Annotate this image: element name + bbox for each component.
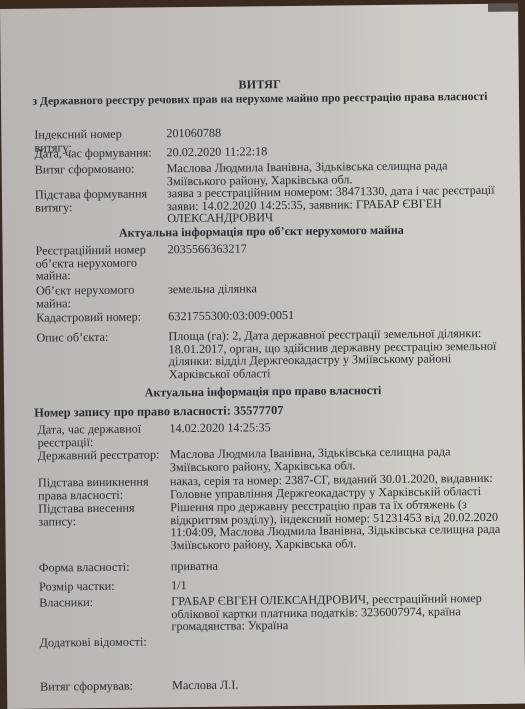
field-label: Підстава внесення запису: bbox=[38, 501, 163, 527]
field-label: Опис об’єкта: bbox=[36, 330, 161, 344]
field-label: Кадастровий номер: bbox=[36, 310, 161, 324]
field-label: Власники: bbox=[39, 595, 164, 609]
field-label: Дата, час формування: bbox=[34, 146, 159, 160]
footer-formed-by: Витяг сформував: Маслова Л.І. bbox=[40, 676, 510, 681]
field-label: Витяг сформував: bbox=[40, 679, 165, 693]
field-value: Маслова Л.І. bbox=[172, 676, 507, 692]
field-label: Державний реєстратор: bbox=[38, 448, 163, 462]
field-value: Рішення про державну реєстрацію прав та … bbox=[170, 498, 506, 552]
field-label: Об’єкт нерухомого майна: bbox=[36, 283, 161, 309]
field-share-size: Розмір частки: 1/1 bbox=[39, 576, 509, 581]
field-value: Маслова Людмила Іванівна, Зідьківська се… bbox=[170, 445, 505, 474]
field-value: 201060788 bbox=[166, 124, 501, 140]
field-value: 2035566363217 bbox=[167, 240, 502, 256]
field-label: Витяг сформовано: bbox=[35, 162, 160, 176]
field-label: Реєстраційний номер об’єкта нерухомого м… bbox=[35, 243, 160, 282]
field-value: заява з реєстраційним номером: 38471330,… bbox=[167, 184, 502, 225]
field-additional-info: Додаткові відомості: bbox=[40, 632, 510, 637]
section-title-property: Актуальна інформація про об’єкт нерухомо… bbox=[2, 222, 520, 242]
field-value: 14.02.2020 14:25:35 bbox=[169, 419, 504, 435]
field-value: 1/1 bbox=[171, 576, 506, 592]
field-value: 20.02.2020 11:22:18 bbox=[166, 143, 501, 159]
field-label: Підстава виникнення права власності: bbox=[38, 475, 163, 501]
field-value: наказ, серія та номер: 2387-СГ, виданий … bbox=[170, 472, 505, 501]
section-title-ownership: Актуальна інформація про право власності bbox=[4, 382, 522, 402]
page-shadow bbox=[488, 4, 518, 12]
field-ownership-basis: Підстава виникнення права власності: нак… bbox=[38, 472, 508, 477]
field-extract-index: Індексний номер витягу: 201060788 bbox=[34, 124, 504, 129]
field-label: Дата, час державної реєстрації: bbox=[37, 422, 162, 448]
field-value: 6321755300:03:009:0051 bbox=[168, 307, 503, 323]
field-label: Додаткові відомості: bbox=[40, 635, 200, 649]
document-page: ВИТЯГ з Державного реєстру речових прав … bbox=[0, 4, 525, 700]
field-object-description: Опис об’єкта: Площа (га): 2, Дата держав… bbox=[36, 327, 506, 332]
field-value: ГРАБАР ЄВГЕН ОЛЕКСАНДРОВИЧ, реєстраційни… bbox=[171, 592, 506, 633]
field-ownership-form: Форма власності: приватна bbox=[39, 557, 509, 562]
field-value: земельна ділянка bbox=[168, 280, 503, 296]
field-value: приватна bbox=[171, 557, 506, 573]
field-formation-basis: Підстава формування витягу: заява з реєс… bbox=[35, 184, 505, 189]
ownership-record-number: Номер запису про право власності: 355777… bbox=[34, 403, 283, 421]
field-label: Підстава формування витягу: bbox=[35, 187, 160, 213]
field-label: Форма власності: bbox=[39, 560, 164, 574]
field-value: Площа (га): 2, Дата державної реєстрації… bbox=[168, 327, 504, 381]
field-label: Розмір частки: bbox=[39, 579, 164, 593]
